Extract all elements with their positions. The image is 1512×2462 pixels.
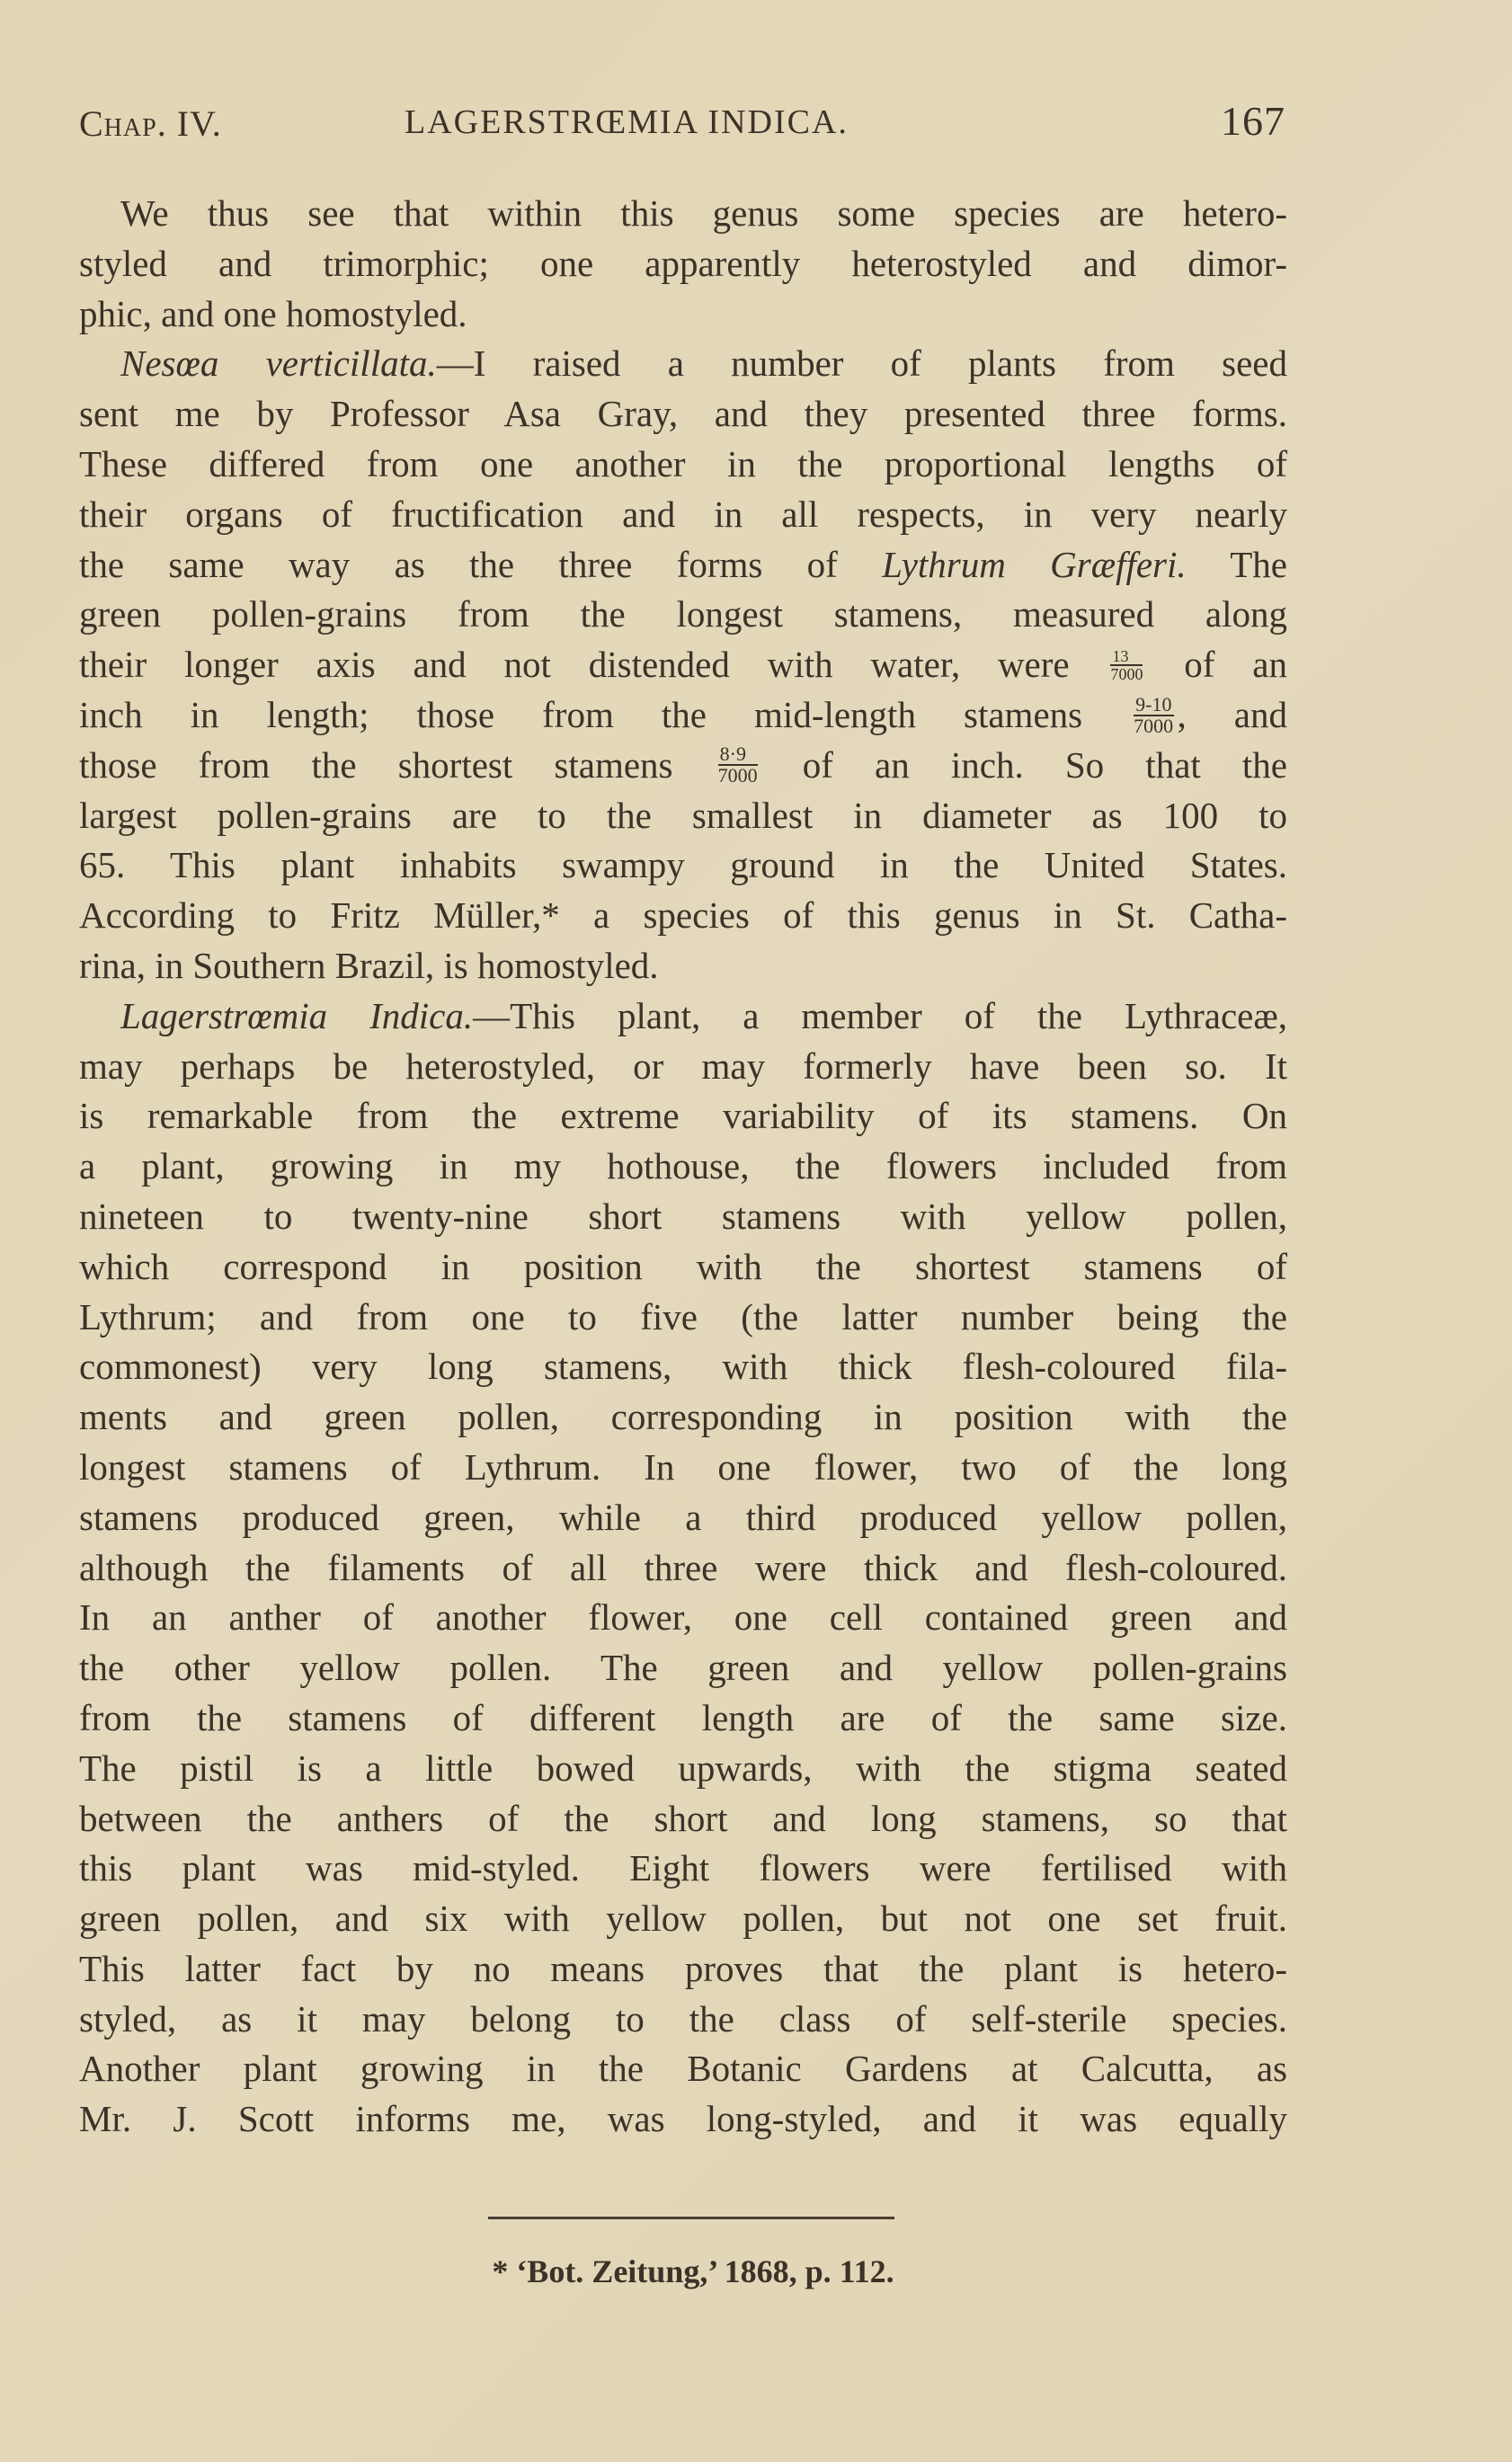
species-name: Nesœa verticillata. xyxy=(120,342,437,384)
text-line: 65. This plant inhabits swampy ground in… xyxy=(79,840,1287,891)
text-line: styled and trimorphic; one apparently he… xyxy=(79,239,1287,289)
text-line: The pistil is a little bowed upwards, wi… xyxy=(79,1744,1287,1794)
text-line: Another plant growing in the Botanic Gar… xyxy=(79,2044,1287,2094)
text-line: the other yellow pollen. The green and y… xyxy=(79,1643,1287,1693)
fraction: 8·97000 xyxy=(718,744,758,786)
text-line: According to Fritz Müller,* a species of… xyxy=(79,891,1287,941)
text-line: These differed from one another in the p… xyxy=(79,440,1287,490)
text-line: inch in length; those from the mid-lengt… xyxy=(79,690,1287,741)
running-head: Chap. IV. LAGERSTRŒMIA INDICA. 167 xyxy=(79,97,1285,151)
fraction: 137000 xyxy=(1110,648,1143,682)
text-line: ments and green pollen, corresponding in… xyxy=(79,1392,1287,1443)
page-number: 167 xyxy=(1221,97,1285,145)
text-line: this plant was mid-styled. Eight flowers… xyxy=(79,1844,1287,1894)
chapter-label: Chap. IV. xyxy=(79,102,222,145)
text-line: their longer axis and not distended with… xyxy=(79,640,1287,690)
text-line: green pollen, and six with yellow pollen… xyxy=(79,1894,1287,1944)
text-line: may perhaps be heterostyled, or may form… xyxy=(79,1042,1287,1092)
text-line: although the filaments of all three were… xyxy=(79,1543,1287,1594)
species-name: Lythrum Græfferi. xyxy=(882,544,1187,585)
footnote-text: * ‘Bot. Zeitung,’ 1868, p. 112. xyxy=(492,2253,894,2289)
fraction: 9-107000 xyxy=(1134,695,1173,736)
running-title: LAGERSTRŒMIA INDICA. xyxy=(405,102,849,142)
text-line: In an anther of another flower, one cell… xyxy=(79,1593,1287,1643)
text-line: largest pollen-grains are to the smalles… xyxy=(79,791,1287,841)
text-line: longest stamens of Lythrum. In one flowe… xyxy=(79,1443,1287,1493)
text-line: green pollen-grains from the longest sta… xyxy=(79,590,1287,640)
book-page: Chap. IV. LAGERSTRŒMIA INDICA. 167 We th… xyxy=(0,0,1512,2462)
body-text: We thus see that within this genus some … xyxy=(79,189,1287,2145)
footnote-divider xyxy=(488,2217,894,2219)
text-line: their organs of fructification and in al… xyxy=(79,490,1287,540)
text-line: phic, and one homostyled. xyxy=(79,289,1287,340)
text-line: nineteen to twenty-nine short stamens wi… xyxy=(79,1192,1287,1242)
text-line: from the stamens of different length are… xyxy=(79,1693,1287,1744)
text-line: the same way as the three forms of Lythr… xyxy=(79,540,1287,591)
text-line: styled, as it may belong to the class of… xyxy=(79,1995,1287,2045)
text-line: We thus see that within this genus some … xyxy=(79,189,1287,239)
text-line: stamens produced green, while a third pr… xyxy=(79,1493,1287,1543)
text-line: a plant, growing in my hothouse, the flo… xyxy=(79,1142,1287,1192)
text-line: those from the shortest stamens 8·97000 … xyxy=(79,741,1287,791)
text-line: Mr. J. Scott informs me, was long-styled… xyxy=(79,2094,1287,2145)
text-line: Nesœa verticillata.—I raised a number of… xyxy=(79,339,1287,389)
text-line: This latter fact by no means proves that… xyxy=(79,1944,1287,1995)
text-line: sent me by Professor Asa Gray, and they … xyxy=(79,389,1287,440)
text-line: Lagerstrœmia Indica.—This plant, a membe… xyxy=(79,991,1287,1042)
footnote: * ‘Bot. Zeitung,’ 1868, p. 112. xyxy=(0,2253,1512,2290)
text-line: which correspond in position with the sh… xyxy=(79,1242,1287,1293)
text-line: Lythrum; and from one to five (the latte… xyxy=(79,1293,1287,1343)
species-name: Lagerstrœmia Indica. xyxy=(120,995,473,1036)
text-line: between the anthers of the short and lon… xyxy=(79,1794,1287,1844)
text-line: rina, in Southern Brazil, is homostyled. xyxy=(79,941,1287,991)
text-line: commonest) very long stamens, with thick… xyxy=(79,1342,1287,1392)
text-line: is remarkable from the extreme variabili… xyxy=(79,1091,1287,1142)
